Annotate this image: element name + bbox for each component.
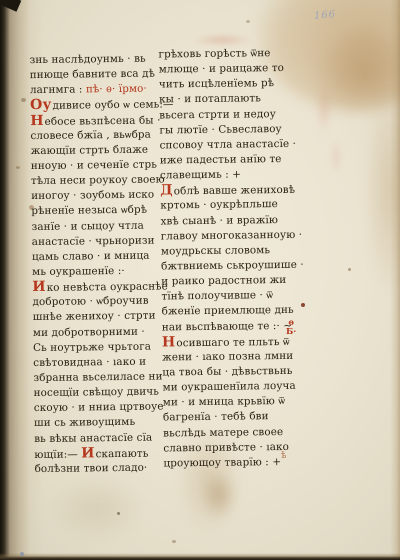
ink-text: славещимь : + bbox=[160, 169, 241, 182]
ink-text: жающїи стрть блаже bbox=[31, 143, 149, 156]
text-line: Ико невѣста оукраснѣе bbox=[32, 279, 166, 296]
ink-text: пнюще бавните вса дѣ bbox=[30, 68, 155, 82]
ink-text: главоу многоказанноую · bbox=[161, 228, 303, 242]
text-line: пнюще бавните вса дѣ bbox=[30, 67, 164, 84]
text-line: ми добротворними · bbox=[33, 324, 167, 341]
ink-text: бжтвниемь ськроушише · bbox=[161, 259, 304, 273]
ink-text: вьслѣдь матере своее bbox=[163, 426, 283, 439]
text-line: цамь славо · и мница bbox=[32, 248, 166, 265]
ink-text: рѣненїе незыса ѡбрѣ bbox=[31, 204, 147, 217]
ink-text: вь вѣкы анастасїе сїа bbox=[34, 431, 152, 444]
text-line: лагнмга : пѣ· ѳ· їрмо· bbox=[30, 82, 164, 99]
rubric-initial: И bbox=[32, 279, 46, 295]
text-line: збранна вьселиласе ни bbox=[33, 369, 167, 386]
ink-text: кртомь · оукрѣпльше bbox=[160, 198, 278, 211]
ink-text: кы · и потаплають bbox=[159, 93, 261, 106]
ink-text: осившаго те пльть ѿ bbox=[176, 336, 289, 349]
text-line: анастасїе · чрьноризи bbox=[32, 233, 166, 250]
text-line: рѣненїе незыса ѡбрѣ bbox=[31, 203, 165, 220]
ink-text: облѣ вавше жениховѣ bbox=[174, 184, 296, 197]
ode-mark-number: Б· bbox=[286, 328, 296, 337]
ink-text: ца твоа бы · дѣвьствьнь bbox=[162, 365, 292, 379]
rubric-initial: Н bbox=[30, 112, 44, 128]
text-line: вь вѣкы анастасїе сїа bbox=[34, 430, 168, 447]
text-column-left: знь наслѣдоунмь · вьпнюще бавните вса дѣ… bbox=[29, 51, 168, 477]
text-line: занїе · и сыцоу чтла bbox=[31, 218, 165, 235]
text-line: словесе бжїа , вьѡбра bbox=[30, 127, 164, 144]
ink-text: иже падестьи анїю те bbox=[160, 153, 282, 166]
ink-text: вьсега стрти и недоу bbox=[159, 108, 276, 121]
marginal-red-dot bbox=[301, 303, 305, 307]
ink-text: млюще · и раицаже то bbox=[159, 62, 284, 76]
ink-text: шнѣе женихоу · стрти bbox=[33, 310, 156, 324]
ink-text: болѣзни твои сладо· bbox=[34, 461, 147, 474]
ink-text: ми добротворними · bbox=[33, 325, 145, 338]
ink-text: словесе бжїа , вьѡбра bbox=[30, 128, 151, 141]
text-line: жающїи стрть блаже bbox=[31, 142, 165, 159]
ink-text: знь наслѣдоунмь · вь bbox=[29, 53, 145, 66]
text-line: ющїи:— Искапають bbox=[34, 445, 168, 462]
ink-text: чить исцѣленїемь рѣ bbox=[159, 77, 274, 90]
ink-text: скоую · и нниа цртвоуе bbox=[34, 401, 164, 415]
ink-text: моудрьскы словомь bbox=[161, 244, 270, 257]
text-line: мь оукрашенїе :· bbox=[32, 263, 166, 280]
text-line: носещїи свѣщоу двичь bbox=[34, 384, 168, 401]
ink-text: и раико радостнои жи bbox=[161, 274, 286, 288]
ink-text: спсовоу чтла анастасїе · bbox=[160, 138, 297, 152]
text-line: Оудивисе оубо ѡ семь:— bbox=[30, 97, 164, 114]
ink-text: жени · ıако позна лмни bbox=[162, 350, 293, 364]
text-line: иногоу · зоубомь иско bbox=[31, 188, 165, 205]
ink-text: багренїа · тебѣ бви bbox=[163, 411, 269, 424]
end-flourish-mark: ѣ bbox=[281, 451, 286, 461]
text-column-right: грѣховь горѣсть ѿнемлюще · и раицаже точ… bbox=[158, 46, 317, 472]
ink-text: ши сь живоущимь bbox=[34, 416, 135, 429]
rubric-initial: Оу bbox=[30, 97, 52, 113]
text-line: болѣзни твои сладо· bbox=[34, 460, 168, 477]
ink-text: иногоу · зоубомь иско bbox=[31, 189, 154, 203]
ink-text: ми оукрашенїила лоуча bbox=[162, 380, 295, 394]
rubric-initial: Д bbox=[160, 183, 173, 199]
text-block: знь наслѣдоунмь · вьпнюще бавните вса дѣ… bbox=[0, 0, 400, 560]
text-line: Сь ноутрьже чрьтога bbox=[33, 339, 167, 356]
text-line: тѣла неси роукоу своею bbox=[31, 173, 165, 190]
text-line: жени · ıако позна лмни bbox=[162, 348, 316, 365]
ink-text: добротою · ѡброучив bbox=[32, 295, 148, 308]
ink-text: нноую · и сеченїе стрь bbox=[31, 159, 157, 173]
marginal-ode-mark: ѳ Б· bbox=[286, 319, 296, 336]
ink-text: дивисе оубо ѡ семь:— bbox=[52, 99, 173, 112]
rubric-initial: Н bbox=[162, 334, 176, 350]
text-line: главоу многоказанноую · bbox=[161, 227, 315, 244]
rubric-initial: И bbox=[81, 445, 95, 461]
rubric-text: пѣ· ѳ· їрмо· bbox=[86, 83, 147, 96]
ink-text: лагнмга : bbox=[30, 84, 86, 97]
ink-text: занїе · и сыцоу чтла bbox=[32, 219, 144, 232]
ink-text: ебосе вьзпѣсена бы · bbox=[45, 114, 161, 127]
ink-text: ко невѣста оукраснѣе bbox=[47, 281, 168, 294]
text-line: бжтвниемь ськроушише · bbox=[161, 258, 315, 275]
ink-text: грѣховь горѣсть ѿне bbox=[158, 47, 270, 60]
ink-text: славно привѣсте · ıако bbox=[163, 441, 289, 455]
text-line: ми оукрашенїила лоуча bbox=[162, 379, 316, 396]
text-line: добротою · ѡброучив bbox=[32, 294, 166, 311]
ink-text: цроующоу тварїю : + bbox=[163, 456, 281, 469]
manuscript-photo: 166 знь наслѣдоунмь · вьпнюще бавните вс… bbox=[0, 0, 400, 560]
ink-text: бженїе приемлюще днь bbox=[162, 304, 294, 318]
ink-text: хвѣ сыанѣ · и вражїю bbox=[160, 214, 278, 227]
text-line: нноую · и сеченїе стрь bbox=[31, 157, 165, 174]
ink-text: тѣла неси роукоу своею bbox=[31, 174, 165, 188]
ink-text: носещїи свѣщоу двичь bbox=[34, 386, 159, 400]
ink-text: Сь ноутрьже чрьтога bbox=[33, 340, 151, 353]
ink-text: гы лютїе · Сьвеславоу bbox=[159, 123, 281, 136]
text-line: знь наслѣдоунмь · вь bbox=[29, 51, 163, 68]
text-line: скоую · и нниа цртвоуе bbox=[34, 400, 168, 417]
text-line: ши сь живоущимь bbox=[34, 415, 168, 432]
ink-text: тїнѣ полоучивше · ѿ bbox=[161, 289, 273, 302]
text-line: Доблѣ вавше жениховѣ bbox=[160, 182, 314, 199]
ink-text: анастасїе · чрьноризи bbox=[32, 234, 155, 248]
ink-text: ми · и мница крьвїю ѿ bbox=[163, 395, 285, 408]
ink-text: ющїи:— bbox=[34, 448, 81, 461]
text-line: спсовоу чтла анастасїе · bbox=[160, 136, 314, 153]
text-line: цроующоу тварїю : + bbox=[163, 454, 317, 471]
ink-text: скапають bbox=[95, 447, 148, 460]
manuscript-page: 166 знь наслѣдоунмь · вьпнюще бавните вс… bbox=[0, 0, 400, 560]
text-line: Небосе вьзпѣсена бы · bbox=[30, 112, 164, 129]
text-line: свѣтовиднаа · ıако и bbox=[33, 354, 167, 371]
ink-text: цамь славо · и мница bbox=[32, 249, 150, 262]
ink-text: мь оукрашенїе :· bbox=[32, 265, 125, 278]
ink-text: свѣтовиднаа · ıако и bbox=[33, 355, 146, 368]
blue-pencil-speck bbox=[20, 552, 24, 556]
ink-text: збранна вьселиласе ни bbox=[33, 370, 162, 384]
ink-text: наи вьспѣвающе те :· ~ bbox=[162, 319, 292, 333]
text-line: шнѣе женихоу · стрти bbox=[33, 309, 167, 326]
